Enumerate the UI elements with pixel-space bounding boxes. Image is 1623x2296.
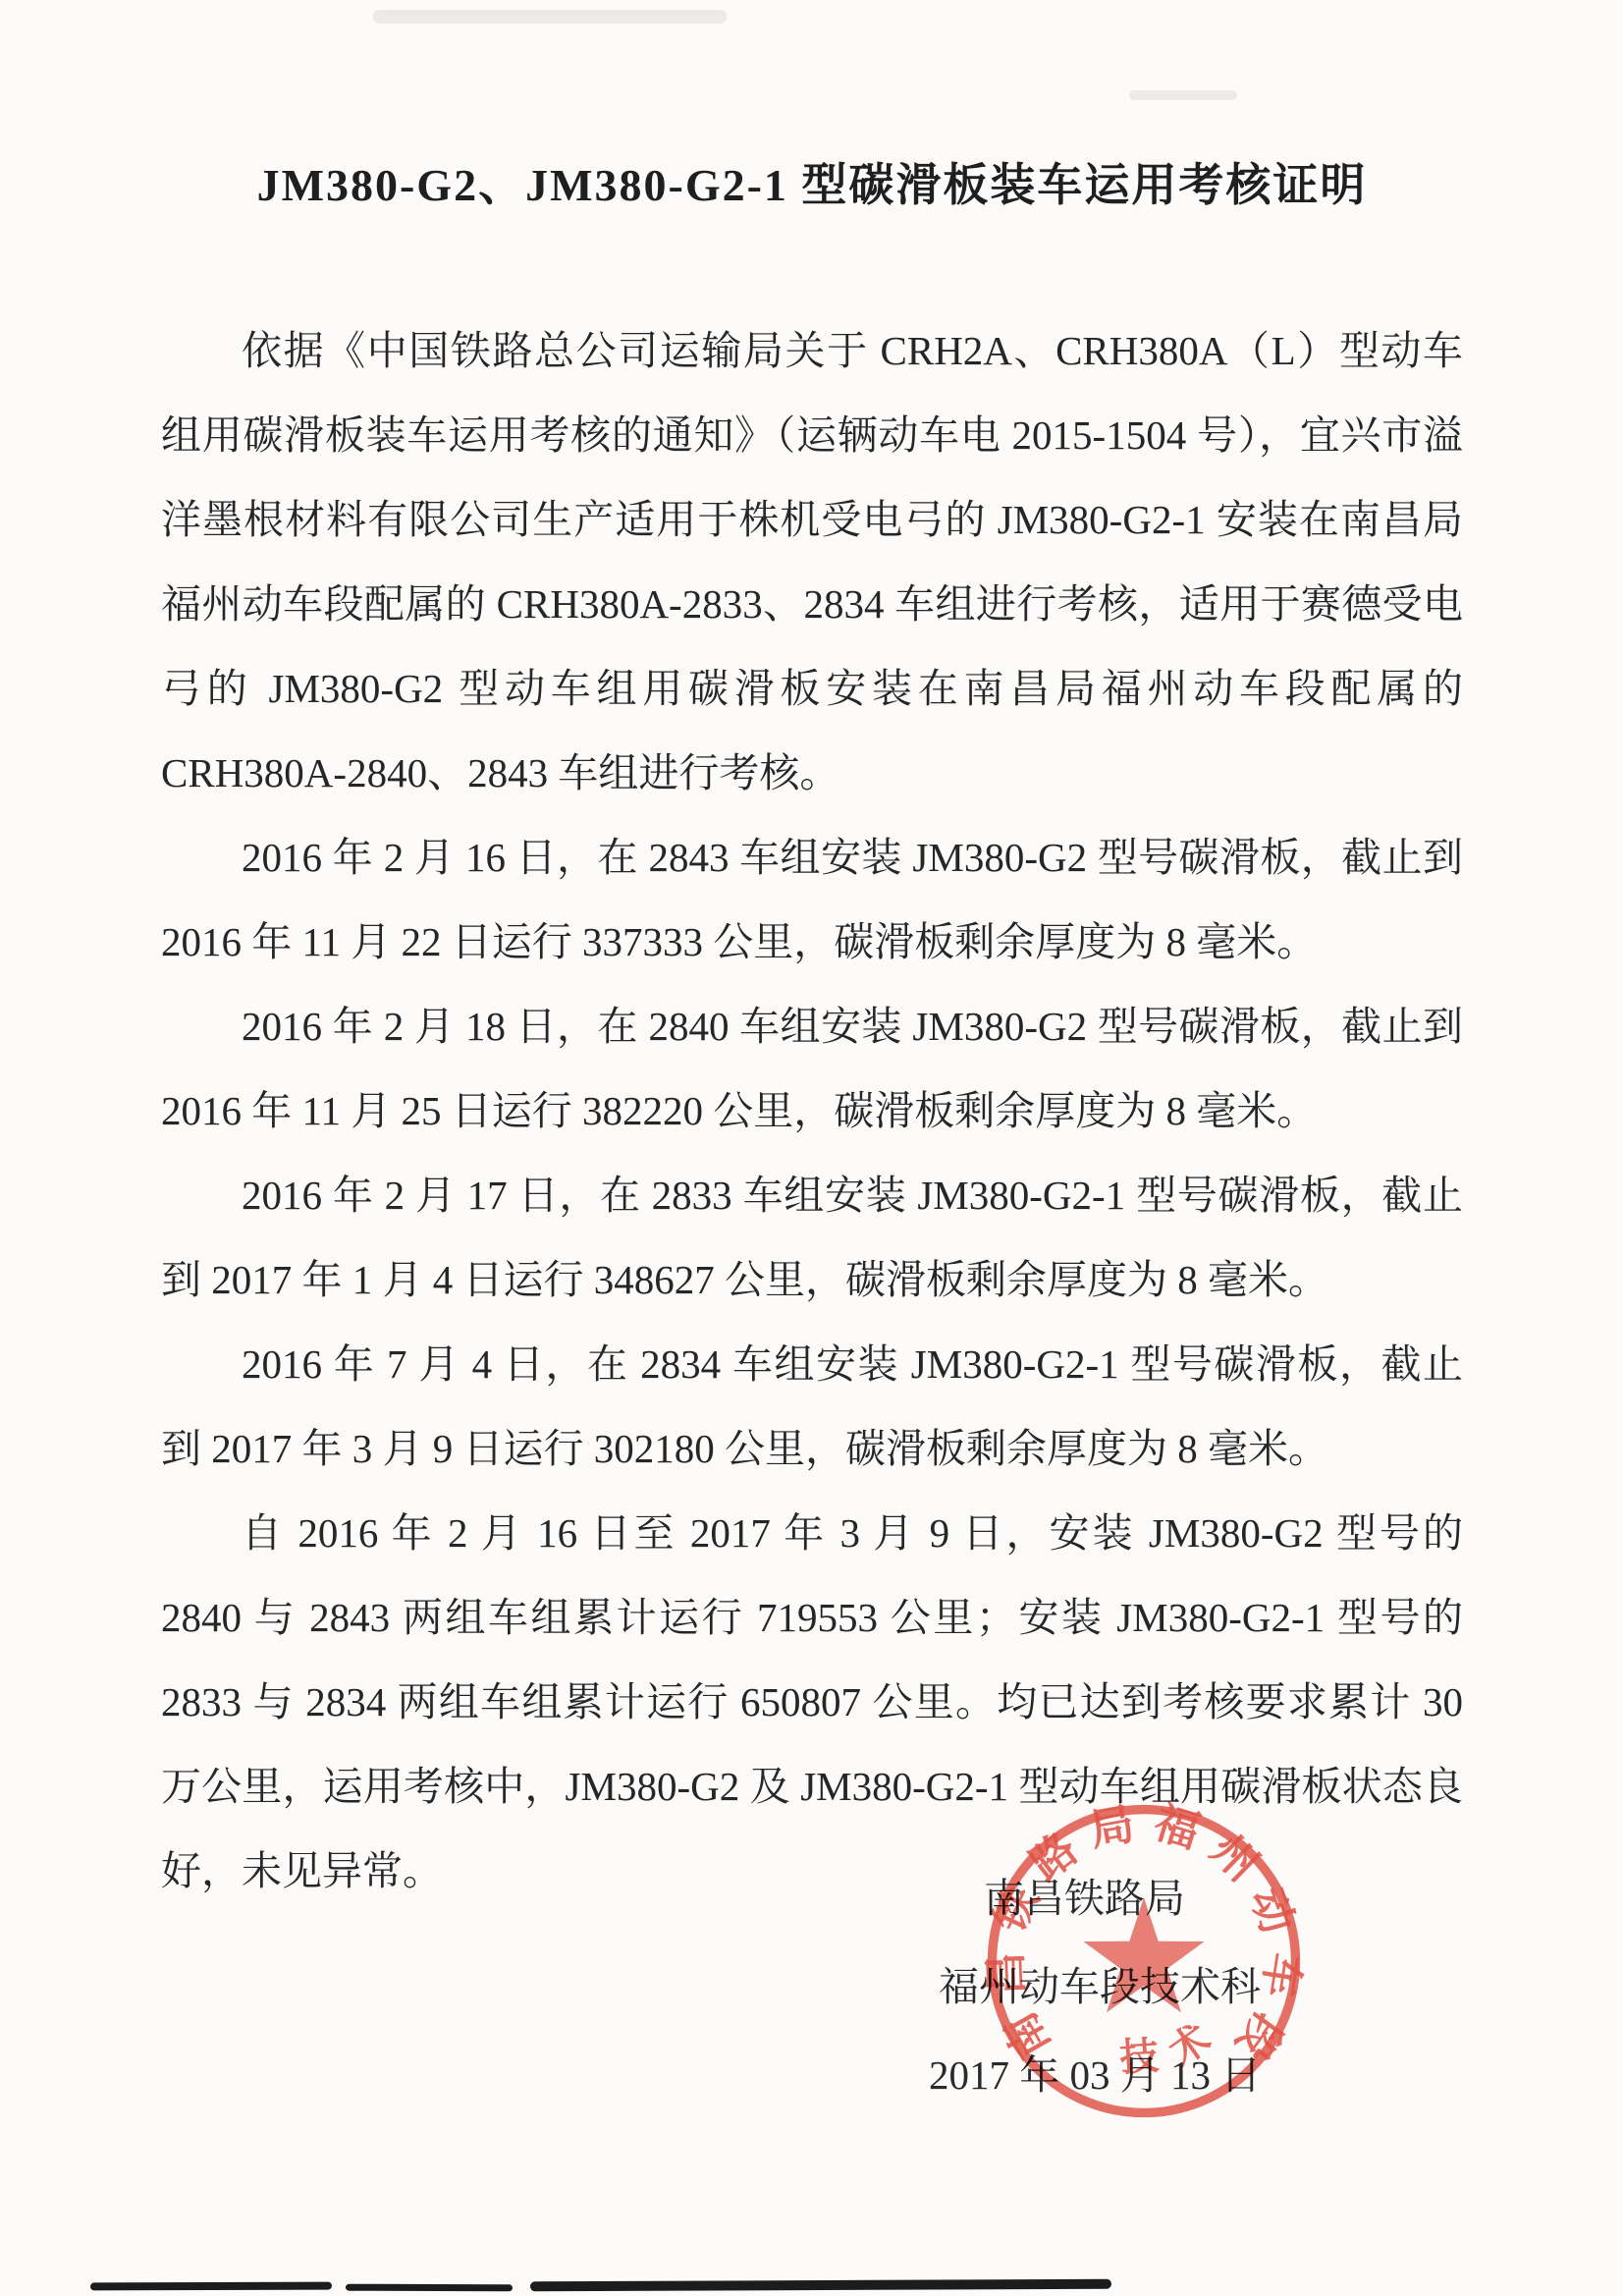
- official-seal-stamp: 南昌铁路局福州动车段 技术科: [980, 1797, 1308, 2125]
- seal-star-icon: [1083, 1897, 1204, 2012]
- scan-artifact-dash: [346, 2284, 513, 2292]
- document-title: JM380-G2、JM380-G2-1 型碳滑板装车运用考核证明: [161, 149, 1463, 214]
- paragraph-unit-2833: 2016 年 2 月 17 日，在 2833 车组安装 JM380-G2-1 型…: [161, 1153, 1463, 1322]
- document-body: 依据《中国铁路总公司运输局关于 CRH2A、CRH380A（L）型动车组用碳滑板…: [161, 308, 1463, 1913]
- scan-smudge: [1129, 90, 1237, 100]
- scanned-document-page: JM380-G2、JM380-G2-1 型碳滑板装车运用考核证明 依据《中国铁路…: [0, 0, 1623, 2296]
- paragraph-unit-2834: 2016 年 7 月 4 日，在 2834 车组安装 JM380-G2-1 型号…: [161, 1322, 1463, 1491]
- scan-artifact-dash: [530, 2279, 1111, 2292]
- paragraph-unit-2843: 2016 年 2 月 16 日，在 2843 车组安装 JM380-G2 型号碳…: [161, 815, 1463, 984]
- paragraph-unit-2840: 2016 年 2 月 18 日，在 2840 车组安装 JM380-G2 型号碳…: [161, 984, 1463, 1153]
- scan-smudge: [373, 10, 727, 24]
- scan-artifact-dash: [90, 2282, 332, 2291]
- paragraph-basis: 依据《中国铁路总公司运输局关于 CRH2A、CRH380A（L）型动车组用碳滑板…: [161, 308, 1463, 815]
